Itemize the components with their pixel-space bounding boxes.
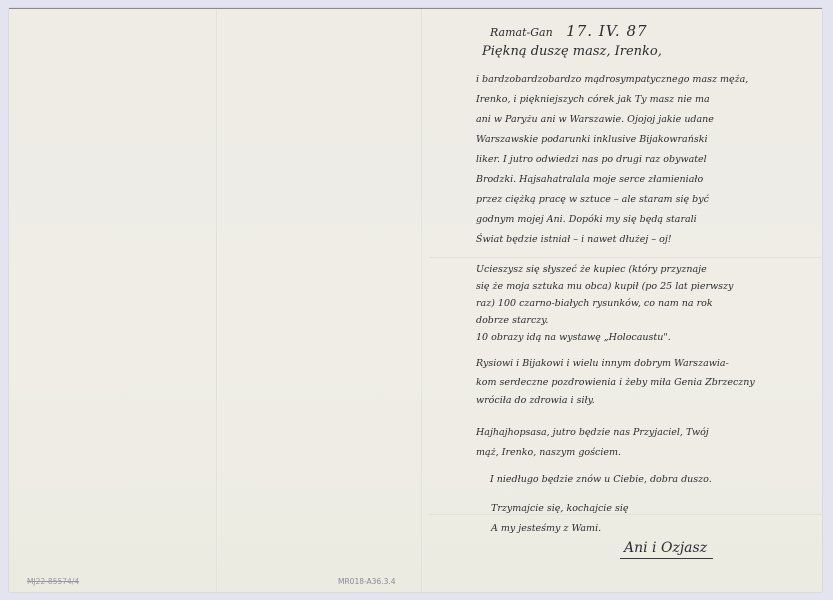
- text-line: godnym mojej Ani. Dopóki my się będą sta…: [476, 210, 811, 230]
- text-line: liker. I jutro odwiedzi nas po drugi raz…: [476, 150, 811, 170]
- text-line: przez ciężką pracę w sztuce – ale staram…: [476, 190, 811, 210]
- text-line: ani w Paryżu ani w Warszawie. Ojojoj jak…: [476, 110, 811, 130]
- text-line: Hajhajhopsasa, jutro będzie nas Przyjaci…: [476, 423, 811, 443]
- archive-mark-left: MJ22-85574/4: [27, 577, 79, 586]
- fold-line: [429, 257, 822, 258]
- place: Ramat-Gan: [490, 26, 553, 39]
- paragraph: Ucieszysz się słyszeć że kupiec (który p…: [476, 261, 811, 346]
- text-line: Warszawskie podarunki inklusive Bijakowr…: [476, 130, 811, 150]
- paragraph: i bardzobardzobardzo mądrosympatycznego …: [476, 70, 811, 250]
- text-line: dobrze starczy.: [476, 312, 811, 329]
- text-line: 10 obrazy idą na wystawę „Holocaustu".: [476, 329, 811, 346]
- signature: Ani i Ozjasz: [620, 540, 713, 559]
- paragraph: Hajhajhopsasa, jutro będzie nas Przyjaci…: [476, 423, 811, 463]
- fold-line: [216, 9, 218, 592]
- fold-line: [421, 9, 423, 592]
- text-line: się że moja sztuka mu obca) kupił (po 25…: [476, 278, 811, 295]
- text-line: Trzymajcie się, kochajcie się: [491, 499, 826, 519]
- text-line: i bardzobardzobardzo mądrosympatycznego …: [476, 70, 811, 90]
- text-line: wróciła do zdrowia i siły.: [476, 392, 811, 411]
- paragraph: Rysiowi i Bijakowi i wielu innym dobrym …: [476, 355, 811, 411]
- text-line: mąż, Irenko, naszym gościem.: [476, 443, 811, 463]
- text-line: raz) 100 czarno-białych rysunków, co nam…: [476, 295, 811, 312]
- text-line: Irenko, i piękniejszych córek jak Ty mas…: [476, 90, 811, 110]
- text-line: Brodzki. Hajsahatralala moje serce złami…: [476, 170, 811, 190]
- text-line: I niedługo będzie znów u Ciebie, dobra d…: [490, 470, 825, 490]
- date: 17. IV. 87: [566, 22, 647, 40]
- text-line: Świat będzie istniał – i nawet dłużej – …: [476, 230, 811, 250]
- paragraph: Trzymajcie się, kochajcie się A my jeste…: [491, 499, 826, 539]
- text-line: Ucieszysz się słyszeć że kupiec (który p…: [476, 261, 811, 278]
- text-line: Rysiowi i Bijakowi i wielu innym dobrym …: [476, 355, 811, 374]
- text-line: A my jesteśmy z Wami.: [491, 519, 826, 539]
- archive-mark-center: MR018-A36.3.4: [338, 577, 396, 586]
- salutation: Piękną duszę masz, Irenko,: [482, 44, 662, 59]
- paragraph: I niedługo będzie znów u Ciebie, dobra d…: [490, 470, 825, 490]
- text-line: kom serdeczne pozdrowienia i żeby miła G…: [476, 374, 811, 393]
- letter-header: Ramat-Gan 17. IV. 87: [490, 22, 648, 40]
